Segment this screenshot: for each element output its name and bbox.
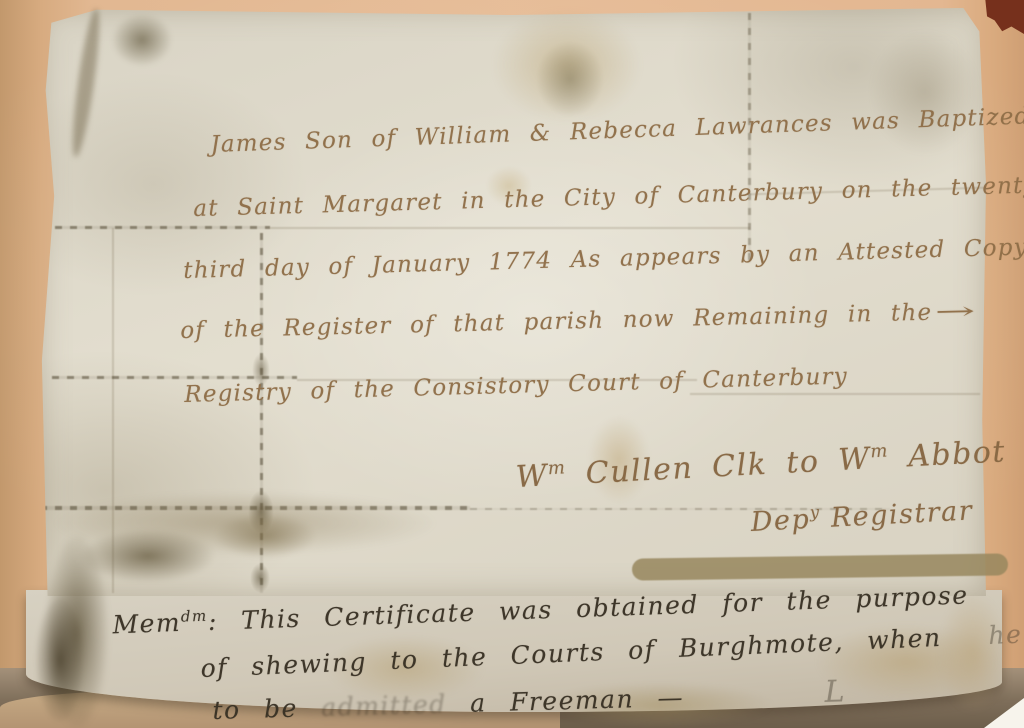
stain-left-edge-bottom [36,598,84,722]
stain-lower-left-2 [215,514,315,558]
stain-dark-top-left [112,14,172,66]
memo-flourish: L [824,674,846,710]
torn-corner-dark [982,0,1024,34]
stain-speckle-top-center [535,40,605,118]
document-photo: James Son of William & Rebecca Lawrances… [0,0,1024,728]
stain-smudge-top-right [870,30,980,155]
fold-line-horizontal-1-cont [270,227,750,229]
fold-cross-blob [250,563,270,593]
fold-line-horizontal-1 [55,226,270,229]
stain-memo-right-edge [938,592,1008,714]
arrow-flourish: → [935,299,979,326]
fold-line-horizontal-2-right [690,393,980,395]
